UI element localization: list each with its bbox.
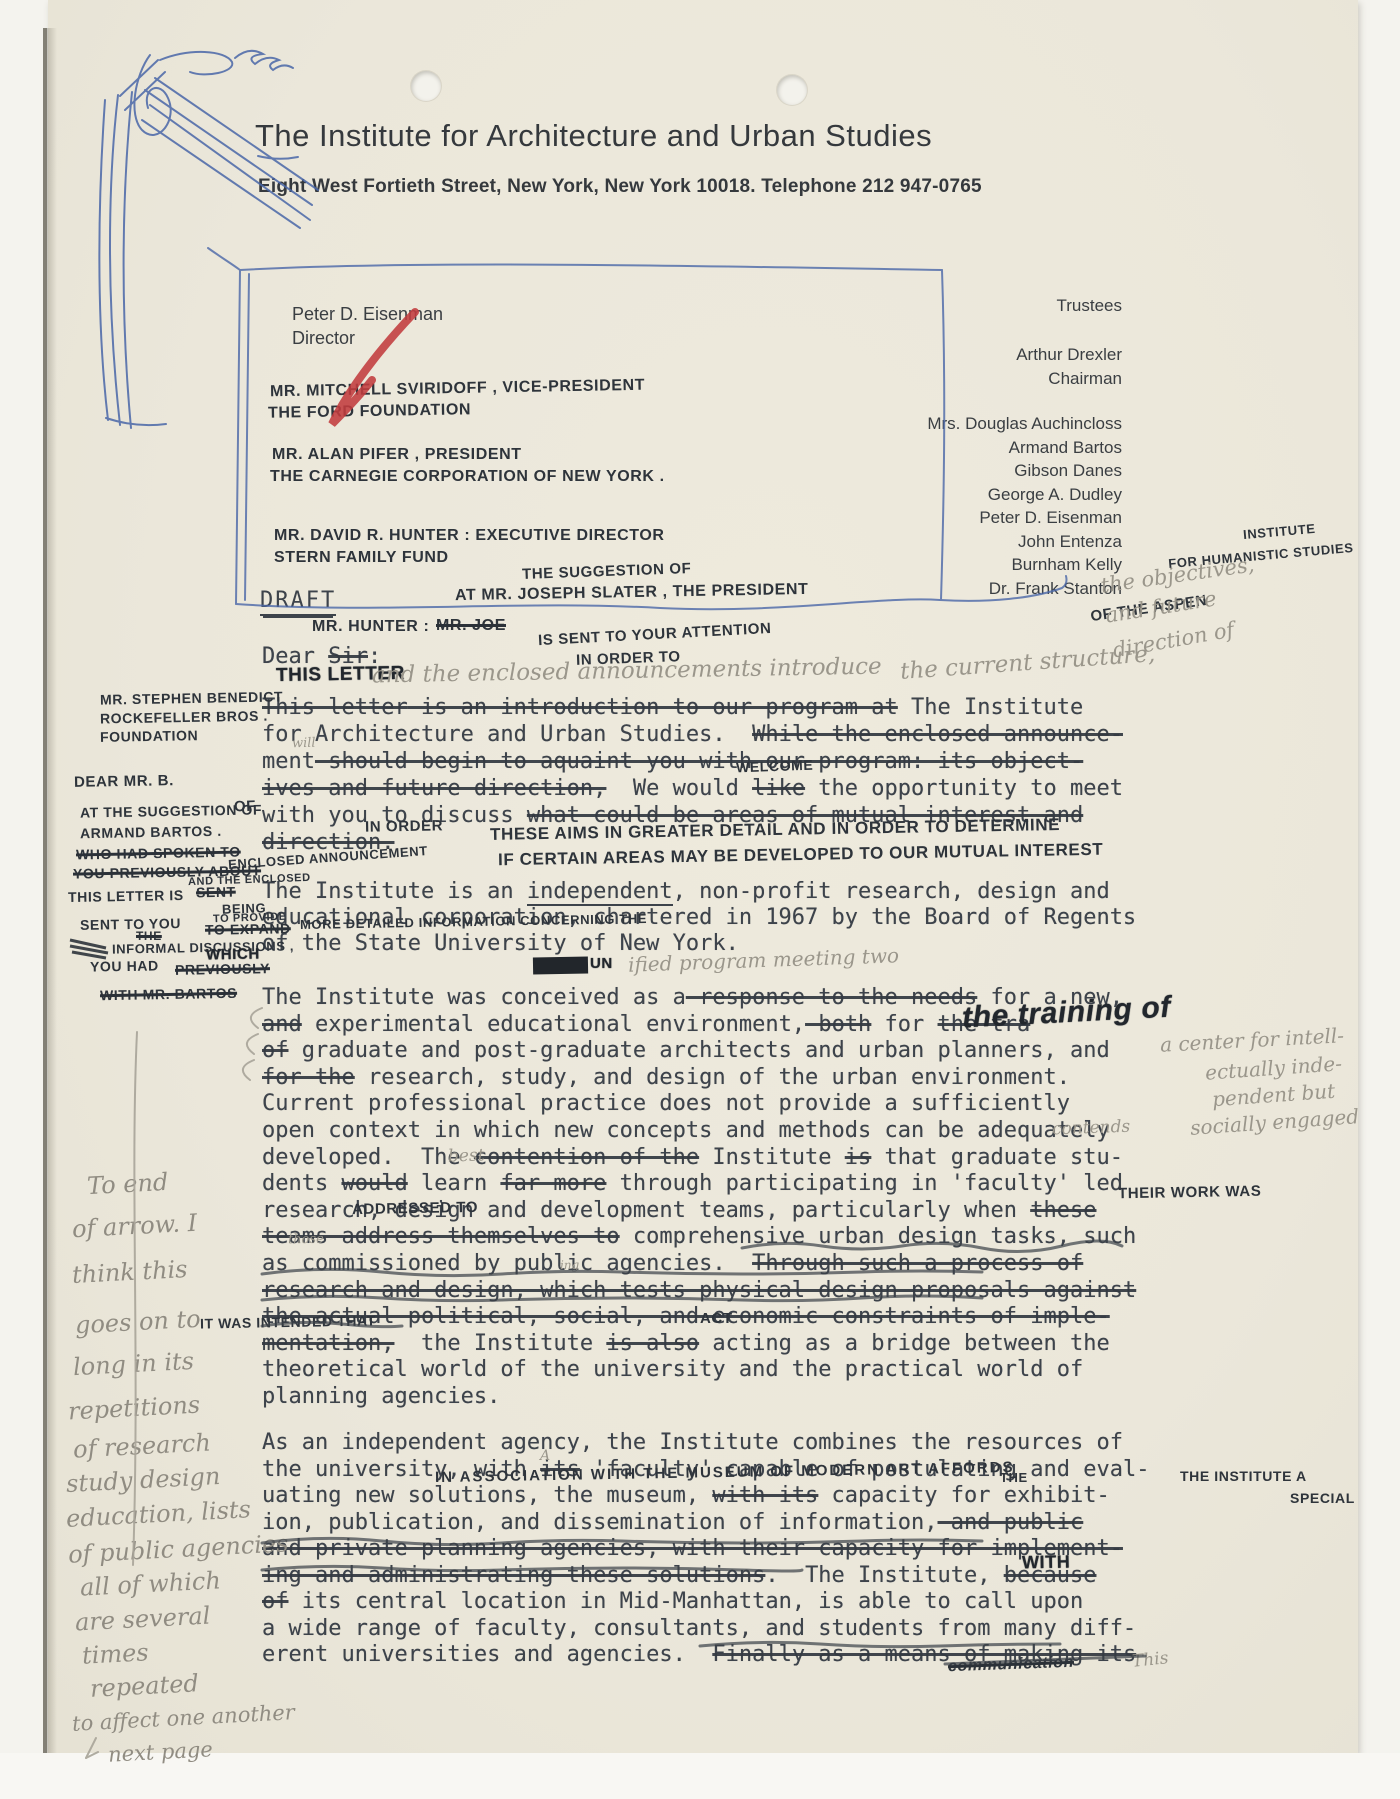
pencil-column-line-13: times	[81, 1638, 149, 1669]
ink-note-mr-joe-struck: MR. JOE	[436, 617, 506, 635]
punch-hole-right	[777, 75, 807, 105]
ink-note-the-exhibit: THE	[1000, 1470, 1028, 1485]
ink-note-act: ACT	[700, 1310, 733, 1327]
ink-note-informal-discussions: INFORMAL DISCUSSIONS ,	[112, 938, 294, 956]
ink-note-addressed-to: ADDRESSED TO	[352, 1199, 478, 1218]
ink-note-with-bartos-struck: WITH MR. BARTOS	[100, 985, 237, 1003]
director-title: Director	[292, 328, 355, 349]
ink-note-to-expand-struck: TO EXPAND	[205, 920, 291, 937]
ink-note-benedict-line1: MR. STEPHEN BENEDICT	[100, 688, 283, 707]
draft-label: DRAFT	[260, 588, 336, 616]
trustees-list: Mrs. Douglas AuchinclossArmand BartosGib…	[927, 412, 1122, 600]
page-left-shadow	[47, 28, 57, 1753]
ink-note-dear-mr-b: DEAR MR. B.	[74, 772, 174, 791]
pencil-note-contends: contends	[1052, 1117, 1131, 1140]
ink-note-hunter-line2: STERN FAMILY FUND	[274, 549, 449, 567]
ink-note-their-work-was: THEIR WORK WAS	[1118, 1183, 1262, 1203]
director-name: Peter D. Eisenman	[292, 304, 443, 325]
ink-note-pifer-line1: MR. ALAN PIFER , PRESIDENT	[272, 446, 522, 464]
chairman-title: Chairman	[1048, 369, 1122, 389]
ink-note-at-suggestion: AT THE SUGGESTION OF	[80, 801, 262, 820]
ink-note-benedict-line2: ROCKEFELLER BROS .	[100, 708, 268, 727]
ink-note-this-letter-is: THIS LETTER IS	[68, 887, 184, 905]
ink-note-the-institute-a: THE INSTITUTE A	[1180, 1468, 1307, 1484]
pencil-note-best: best	[448, 1145, 485, 1166]
pencil-column-line-1: To end	[86, 1168, 169, 1200]
ink-note-who-had-struck: WHO HAD SPOKEN TO	[76, 844, 241, 863]
ink-note-you-had: YOU HAD	[90, 957, 159, 974]
pencil-column-line-14: repeated	[89, 1669, 199, 1703]
pencil-note-will: will	[292, 736, 316, 752]
ink-note-welcome: WELCOME	[736, 757, 814, 776]
ink-note-special: SPECIAL	[1290, 1490, 1355, 1506]
paragraph-3: The Institute was conceived as a respons…	[262, 985, 1136, 1411]
punch-hole-left	[411, 71, 441, 101]
letterhead-address: Eight West Fortieth Street, New York, Ne…	[258, 176, 982, 198]
trustees-heading: Trustees	[1056, 296, 1122, 316]
letterhead-title: The Institute for Architecture and Urban…	[255, 118, 932, 154]
ink-note-mr-hunter: MR. HUNTER :	[312, 618, 429, 636]
ink-note-sent-struck: SENT	[196, 884, 236, 901]
pencil-note-a-caret: A	[540, 1448, 550, 1464]
ink-note-previously-struck: PREVIOUSLY	[175, 960, 270, 978]
ink-note-sent-to-you: SENT TO YOU	[80, 915, 181, 933]
ink-note-it-was-intended: IT WAS INTENDED THAT	[200, 1312, 376, 1331]
ink-note-pifer-line2: THE CARNEGIE CORPORATION OF NEW YORK .	[270, 468, 665, 486]
scanned-letter-page: { "header": { "title": "The Institute fo…	[0, 0, 1400, 1799]
ink-note-mitchell-line2: THE FORD FOUNDATION	[268, 401, 471, 423]
ink-note-in-order: IN ORDER	[365, 817, 443, 835]
ink-note-armand-bartos: ARMAND BARTOS .	[80, 823, 222, 841]
ink-note-hunter-line1: MR. DAVID R. HUNTER : EXECUTIVE DIRECTOR	[274, 527, 665, 545]
pencil-note-this: This	[1131, 1648, 1169, 1672]
pencil-note-ing: ing	[560, 1258, 579, 1272]
chairman-name: Arthur Drexler	[1016, 345, 1122, 365]
pencil-note-those: those	[288, 1232, 324, 1248]
ink-note-benedict-line3: FOUNDATION	[100, 727, 199, 745]
ink-note-with: WITH	[1022, 1552, 1071, 1574]
ink-note-un-insert: UN	[590, 955, 613, 972]
